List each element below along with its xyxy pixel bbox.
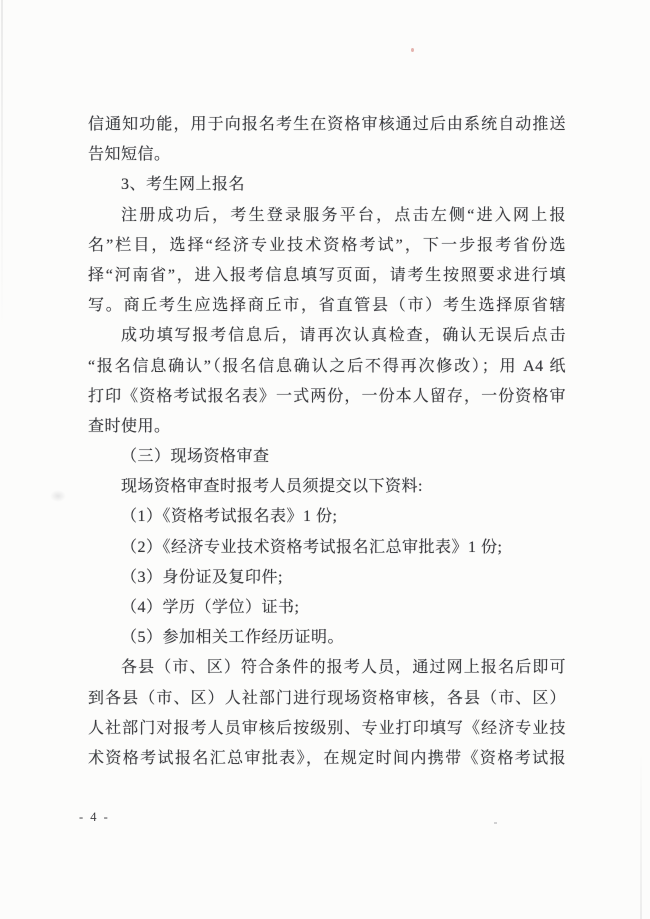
- list-item: （3）身份证及复印件;: [88, 563, 566, 593]
- text-line: 成功填写报考信息后，请再次认真检查，确认无误后点击: [88, 321, 566, 351]
- scan-artifact-left-edge: [1, 0, 3, 330]
- scan-artifact-right-edge: [640, 752, 642, 919]
- scan-artifact-smudge: [50, 490, 66, 502]
- text-line: 人社部门对报考人员审核后按级别、专业打印填写《经济专业技: [88, 714, 566, 744]
- scanned-document-page: 信通知功能，用于向报名考生在资格审核通过后由系统自动推送 告知短信。 3、考生网…: [0, 0, 650, 919]
- list-item: （1）《资格考试报名表》1 份;: [88, 502, 566, 532]
- scan-artifact-speck: [494, 822, 497, 824]
- text-line: 现场资格审查时报考人员须提交以下资料:: [88, 472, 566, 502]
- text-line: 各县（市、区）符合条件的报考人员，通过网上报名后即可: [88, 653, 566, 683]
- list-item: （2）《经济专业技术资格考试报名汇总审批表》1 份;: [88, 533, 566, 563]
- scan-artifact-red-speck: [411, 48, 414, 52]
- text-line: “报名信息确认”（报名信息确认之后不得再次修改）；用 A4 纸: [88, 352, 566, 382]
- text-line: 择“河南省”，进入报考信息填写页面，请考生按照要求进行填: [88, 261, 566, 291]
- text-line: 打印《资格考试报名表》一式两份，一份本人留存，一份资格审: [88, 382, 566, 412]
- text-line: 告知短信。: [88, 140, 566, 170]
- list-item: （5）参加相关工作经历证明。: [88, 623, 566, 653]
- text-line: 写。商丘考生应选择商丘市，省直管县（市）考生选择原省辖市。: [88, 291, 566, 321]
- section-heading: （三）现场资格审查: [88, 442, 566, 472]
- page-number: - 4 -: [79, 810, 110, 825]
- list-item: （4）学历（学位）证书;: [88, 593, 566, 623]
- list-item-heading: 3、考生网上报名: [88, 170, 566, 200]
- document-body: 信通知功能，用于向报名考生在资格审核通过后由系统自动推送 告知短信。 3、考生网…: [88, 110, 566, 774]
- text-line: 到各县（市、区）人社部门进行现场资格审核，各县（市、区）: [88, 684, 566, 714]
- text-line: 查时使用。: [88, 412, 566, 442]
- text-line: 术资格考试报名汇总审批表》，在规定时间内携带《资格考试报: [88, 744, 566, 774]
- text-line: 名”栏目，选择“经济专业技术资格考试”，下一步报考省份选: [88, 231, 566, 261]
- text-line: 信通知功能，用于向报名考生在资格审核通过后由系统自动推送: [88, 110, 566, 140]
- text-line: 注册成功后，考生登录服务平台，点击左侧“进入网上报: [88, 201, 566, 231]
